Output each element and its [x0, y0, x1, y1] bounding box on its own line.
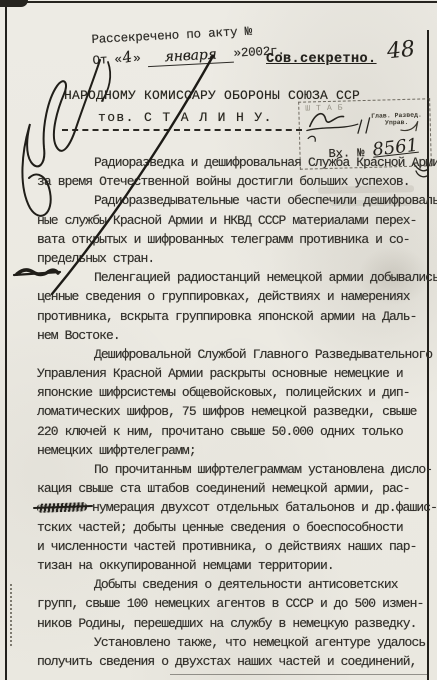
recipient-name: тов. С Т А Л И Н У. [98, 110, 273, 125]
text-line: Радиоразведывательные части обеспечили д… [37, 191, 431, 210]
text-line: и численности частей противника, о дейст… [37, 537, 431, 556]
text-line: Дешифровальной Службой Главного Разведыв… [37, 345, 431, 364]
text-line: Радиоразведка и дешифровальная Служба Кр… [37, 153, 431, 172]
declassification-note: Рассекречено по акту № От «4» января»200… [91, 23, 285, 69]
text-line: нем Востоке. [37, 326, 431, 345]
handwritten-day: 4 [121, 47, 134, 66]
text-line: получить сведения о двухстах наших часте… [37, 652, 431, 671]
text-line: ломатических шифров, 75 шифров немецкой … [37, 402, 431, 421]
text-line: По прочитанным шифртелеграммам установле… [37, 460, 431, 479]
scan-left-edge-line [5, 7, 7, 680]
scan-bottom-edge-line [170, 674, 429, 675]
text-line: Управления Красной Армии раскрыты основн… [37, 364, 431, 383]
text-line: немецких шифртелеграмм; [37, 441, 431, 460]
paragraph: Добыты сведения о деятельности антисовет… [37, 575, 431, 633]
date-prefix: От « [92, 52, 122, 68]
text-line: вата открытых и шифрованных телеграмм пр… [37, 230, 431, 249]
page-number: 48 [386, 37, 416, 65]
text-line: тских частей; добыты ценные сведения о б… [37, 518, 431, 537]
paragraph: Установлено также, что немецкой агентуре… [37, 633, 431, 671]
paragraph: Радиоразведка и дешифровальная Служба Кр… [37, 153, 431, 191]
paragraph: Радиоразведывательные части обеспечили д… [37, 191, 431, 268]
text-line: ников Родины, перешедших на службу в нем… [37, 614, 431, 633]
text-line: ценные сведения о группировках, действия… [37, 287, 431, 306]
text-line: Установлено также, что немецкой агентуре… [37, 633, 431, 652]
scan-top-edge-line [6, 1, 437, 3]
recipient-dashed-underline [62, 129, 302, 131]
text-line: тизан на оккупированной немцами территор… [37, 556, 431, 575]
secrecy-label: Сов.секретно. [266, 52, 377, 67]
page-scan: Рассекречено по акту № От «4» января»200… [0, 0, 437, 680]
text-line: за время Отечественной войны достигли бо… [37, 172, 431, 191]
paragraph: По прочитанным шифртелеграммам установле… [37, 460, 431, 575]
text-line: Добыты сведения о деятельности антисовет… [37, 575, 431, 594]
date-mid: » [133, 51, 148, 66]
text-line: ные службы Красной Армии и НКВД СССР мат… [37, 211, 431, 230]
paragraph: Дешифровальной Службой Главного Разведыв… [37, 345, 431, 460]
margin-dotted-line [10, 584, 12, 646]
text-line: 220 ключей к ним, прочитано свыше 50.000… [37, 422, 431, 441]
paragraph: Пеленгацией радиостанций немецкой армии … [37, 268, 431, 345]
text-line: нумерация двухсот отдельных батальонов и… [37, 498, 431, 517]
text-line: предельных стран. [37, 249, 431, 268]
scan-corner-mark [0, 0, 28, 7]
body-text: Радиоразведка и дешифровальная Служба Кр… [37, 153, 431, 671]
handwritten-month: января [147, 46, 234, 67]
text-line: японские шифрсистемы общевойсковых, поли… [37, 383, 431, 402]
text-line: групп, свыше 100 немецких агентов в СССР… [37, 594, 431, 613]
scribble-strikeout-word [37, 503, 87, 514]
text-line: противника, вскрыта группировка японской… [37, 307, 431, 326]
text-line: кация свыше ста штабов соединений немецк… [37, 479, 431, 498]
text-line: Пеленгацией радиостанций немецкой армии … [37, 268, 431, 287]
